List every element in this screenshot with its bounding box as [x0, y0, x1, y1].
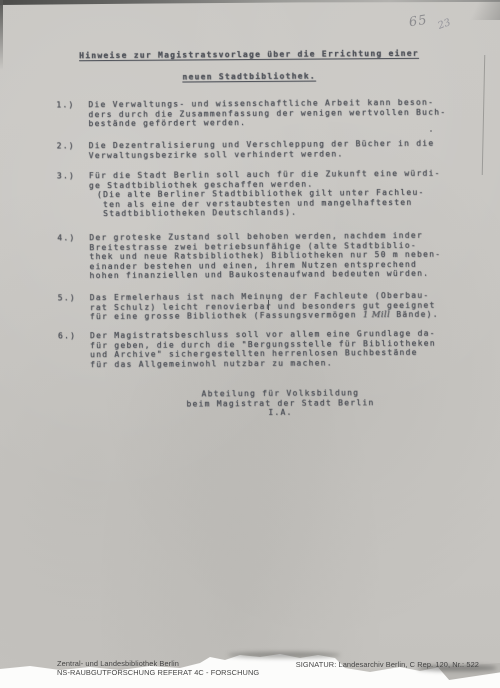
list-item-3: 3.) Für die Stadt Berlin soll auch für d…: [57, 169, 461, 220]
typed-line-prefix: für eine grosse Bibliothek (Fassungsverm…: [90, 310, 363, 321]
item-body: Für die Stadt Berlin soll auch für die Z…: [89, 169, 461, 220]
title-line-1: Hinweise zur Magistratsvorlage über die …: [79, 49, 419, 60]
archive-signature: SIGNATUR: Landesarchiv Berlin, C Rep. 12…: [296, 660, 479, 669]
list-item-5: 5.) Das Ermelerhaus ist nach Meinung der…: [58, 291, 462, 324]
typed-line: Verwaltungsbezirke soll verhindert werde…: [89, 148, 461, 160]
title-line-2: neuen Stadtbibliothek.: [182, 71, 316, 82]
library-department: NS-RAUBGUTFORSCHUNG REFERAT 4C - FORSCHU…: [57, 669, 259, 678]
item-body: Das Ermelerhaus ist nach Meinung der Fac…: [90, 291, 462, 323]
document-title: Hinweise zur Magistratsvorlage über die …: [56, 49, 442, 83]
item-number: 1.): [56, 100, 74, 110]
scanned-archive-page: { "doc": { "title": { "line1": "Hinweise…: [0, 0, 500, 688]
item-number: 5.): [58, 293, 76, 303]
item-number: 6.): [58, 331, 76, 341]
signature-block: Abteilung für Volksbildung beim Magistra…: [182, 388, 378, 418]
item-number: 3.): [57, 171, 75, 181]
typed-line-suffix: Bände).: [390, 310, 439, 319]
typed-document: Hinweise zur Magistratsvorlage über die …: [0, 0, 500, 662]
typed-line: für das Allgemeinwohl nutzbar zu machen.: [90, 357, 462, 369]
item-body: Die Dezentralisierung und Verschleppung …: [89, 139, 461, 161]
item-body: Der Magistratsbeschluss soll vor allem e…: [90, 329, 462, 370]
typed-line: für eine grosse Bibliothek (Fassungsverm…: [90, 310, 462, 323]
torn-edge-shadow: [228, 652, 340, 658]
item-body: Der groteske Zustand soll behoben werden…: [89, 231, 461, 282]
list-item-2: 2.) Die Dezentralisierung und Verschlepp…: [57, 139, 461, 161]
list-item-1: 1.) Die Verwaltungs- und wissenschaftlic…: [56, 98, 460, 130]
typed-line: bestände gefördert werden.: [88, 117, 460, 129]
item-body: Die Verwaltungs- und wissenschaftliche A…: [88, 98, 460, 129]
item-number: 2.): [57, 141, 75, 151]
handwritten-1-mill: 1 Mill: [363, 310, 390, 320]
typed-line: hohen finanziellen und Baukostenaufwand …: [90, 269, 462, 281]
library-footer-left: Zentral- und Landesbibliothek Berlin NS-…: [57, 660, 259, 678]
signature-line-3: I.A.: [182, 407, 378, 418]
list-item-4: 4.) Der groteske Zustand soll behoben we…: [57, 231, 461, 282]
list-item-6: 6.) Der Magistratsbeschluss soll vor all…: [58, 329, 462, 370]
item-number: 4.): [57, 233, 75, 243]
typed-line: Stadtbibliotheken Deutschlands).: [103, 207, 461, 219]
